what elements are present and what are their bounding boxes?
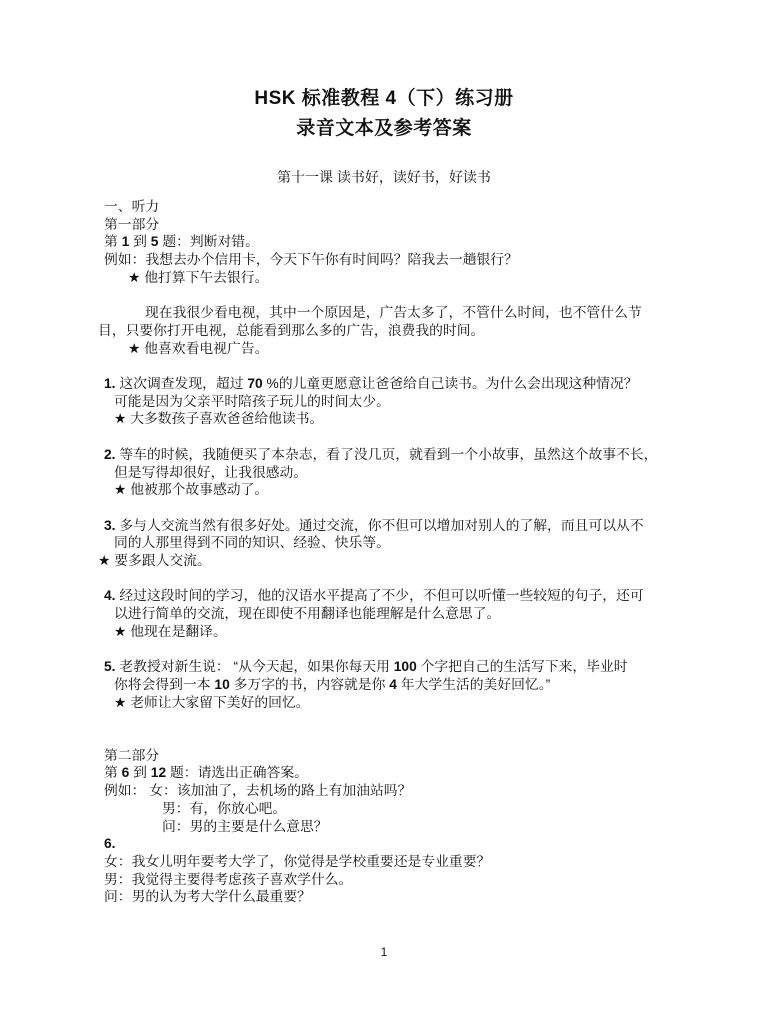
text-run: 老教授对新生说： “从今天起，如果你每天用 [116,659,394,674]
example-star-statement: ★ 他打算下午去银行。 [0,269,768,287]
text-run: 第二部分 [104,748,159,763]
text-run: ★ 他打算下午去银行。 [128,270,268,285]
item-6-question: 问：男的认为考大学什么最重要？ [0,888,768,906]
bold-text-run: 4. [104,588,116,603]
document-title-line1: HSK 标准教程 4（下）练习册 [0,86,768,112]
part-two-example-woman: 例如： 女：该加油了，去机场的路上有加油站吗？ [0,782,768,800]
item-6-man: 男：我觉得主要得考虑孩子喜欢学什么。 [0,871,768,889]
text-run: 多与人交流当然有很多好处。通过交流，你不但可以增加对别人的了解，而且可以从不 [116,518,644,533]
item-3-star: ★ 要多跟人交流。 [0,552,768,570]
item-1-line2: 可能是因为父亲平时陪孩子玩儿的时间太少。 [0,393,768,411]
example2-star-statement: ★ 他喜欢看电视广告。 [0,340,768,358]
text-run: ★ 他被那个故事感动了。 [114,482,268,497]
item-3-line1: 3. 多与人交流当然有很多好处。通过交流，你不但可以增加对别人的了解，而且可以从… [0,517,768,535]
text-run: 题：请选出正确答案。 [166,765,308,780]
text-run: 第 [104,234,122,249]
bold-text-run: 5. [104,659,116,674]
item-5-line1: 5. 老教授对新生说： “从今天起，如果你每天用 100 个字把自己的生活写下来… [0,658,768,676]
example-dialog: 例如：我想去办个信用卡，今天下午你有时间吗？陪我去一趟银行？ [0,251,768,269]
bold-text-run: 70 [247,376,262,391]
text-run: %的儿童更愿意让爸爸给自己读书。为什么会出现这种情况？ [263,376,638,391]
document-lines: 一、听力第一部分第 1 到 5 题：判断对错。例如：我想去办个信用卡，今天下午你… [0,198,768,906]
text-run: ★ 他喜欢看电视广告。 [128,341,268,356]
part-one-instructions: 第 1 到 5 题：判断对错。 [0,233,768,251]
text-run: 例如：我想去办个信用卡，今天下午你有时间吗？陪我去一趟银行？ [104,252,518,267]
part-two-heading: 第二部分 [0,747,768,765]
text-run: 第 [104,765,122,780]
text-run: ★ 要多跟人交流。 [98,553,211,568]
text-run: 题：判断对错。 [158,234,258,249]
page-number: 1 [0,944,768,960]
text-run: 这次调查发现，超过 [116,376,248,391]
text-run: 问：男的认为考大学什么最重要？ [104,889,311,904]
text-run: 到 [129,765,150,780]
text-run: 一、听力 [104,199,159,214]
bold-text-run: 2. [104,447,116,462]
text-run: 问：男的主要是什么意思？ [162,819,328,834]
item-4-star: ★ 他现在是翻译。 [0,623,768,641]
bold-text-run: 3. [104,518,116,533]
item-5-line2: 你将会得到一本 10 多万字的书，内容就是你 4 年大学生活的美好回忆。” [0,676,768,694]
section-heading-listening: 一、听力 [0,198,768,216]
item-2-line1: 2. 等车的时候，我随便买了本杂志，看了没几页，就看到一个小故事，虽然这个故事不… [0,446,768,464]
item-1-star: ★ 大多数孩子喜欢爸爸给他读书。 [0,410,768,428]
text-run: 但是写得却很好，让我很感动。 [114,465,307,480]
item-6-number: 6. [0,835,768,853]
item-4-line2: 以进行简单的交流，现在即使不用翻译也能理解是什么意思了。 [0,605,768,623]
item-4-line1: 4. 经过这段时间的学习，他的汉语水平提高了不少，不但可以听懂一些较短的句子，还… [0,587,768,605]
text-run: 年大学生活的美好回忆。” [397,677,550,692]
text-run: 目，只要你打开电视，总能看到那么多的广告，浪费我的时间。 [98,323,484,338]
text-run: 女：我女儿明年要考大学了，你觉得是学校重要还是专业重要？ [104,854,490,869]
item-3-line2: 同的人那里得到不同的知识、经验、快乐等。 [0,534,768,552]
bold-text-run: 6. [104,836,116,851]
text-run: ★ 老师让大家留下美好的回忆。 [114,695,310,710]
text-run: 同的人那里得到不同的知识、经验、快乐等。 [114,535,390,550]
item-2-line2: 但是写得却很好，让我很感动。 [0,464,768,482]
item-2-star: ★ 他被那个故事感动了。 [0,481,768,499]
example2-paragraph-line1: 现在我很少看电视，其中一个原因是，广告太多了，不管什么时间，也不管什么节 [0,304,768,322]
text-run: 第一部分 [104,217,159,232]
part-two-instructions: 第 6 到 12 题：请选出正确答案。 [0,764,768,782]
bold-text-run: 10 [214,677,229,692]
lesson-title: 第十一课 读书好，读好书，好读书 [0,168,768,186]
part-two-example-question: 问：男的主要是什么意思？ [0,818,768,836]
part-two-example-man: 男：有，你放心吧。 [0,800,768,818]
item-6-woman: 女：我女儿明年要考大学了，你觉得是学校重要还是专业重要？ [0,853,768,871]
text-run: 男：有，你放心吧。 [162,801,286,816]
text-run: 多万字的书，内容就是你 [230,677,389,692]
bold-text-run: 4 [389,677,397,692]
text-run: 个字把自己的生活写下来，毕业时 [417,659,628,674]
text-run: 等车的时候，我随便买了本杂志，看了没几页，就看到一个小故事，虽然这个故事不长， [116,447,658,462]
part-one-heading: 第一部分 [0,216,768,234]
text-run: 现在我很少看电视，其中一个原因是，广告太多了，不管什么时间，也不管什么节 [145,305,642,320]
example2-paragraph-line2: 目，只要你打开电视，总能看到那么多的广告，浪费我的时间。 [0,322,768,340]
bold-text-run: 12 [151,765,166,780]
document-page: HSK 标准教程 4（下）练习册 录音文本及参考答案 第十一课 读书好，读好书，… [0,0,768,1024]
text-run: 经过这段时间的学习，他的汉语水平提高了不少，不但可以听懂一些较短的句子，还可 [116,588,644,603]
text-run: 例如： 女：该加油了，去机场的路上有加油站吗？ [104,783,411,798]
document-title-line2: 录音文本及参考答案 [0,116,768,142]
text-run: 到 [129,234,150,249]
text-run: 可能是因为父亲平时陪孩子玩儿的时间太少。 [114,394,390,409]
text-run: 以进行简单的交流，现在即使不用翻译也能理解是什么意思了。 [114,606,500,621]
bold-text-run: 100 [394,659,417,674]
text-run: ★ 大多数孩子喜欢爸爸给他读书。 [114,411,323,426]
text-run: 你将会得到一本 [114,677,214,692]
item-5-star: ★ 老师让大家留下美好的回忆。 [0,694,768,712]
text-run: 男：我觉得主要得考虑孩子喜欢学什么。 [104,872,352,887]
bold-text-run: 1. [104,376,116,391]
item-1-line1: 1. 这次调查发现，超过 70 %的儿童更愿意让爸爸给自己读书。为什么会出现这种… [0,375,768,393]
text-run: ★ 他现在是翻译。 [114,624,227,639]
